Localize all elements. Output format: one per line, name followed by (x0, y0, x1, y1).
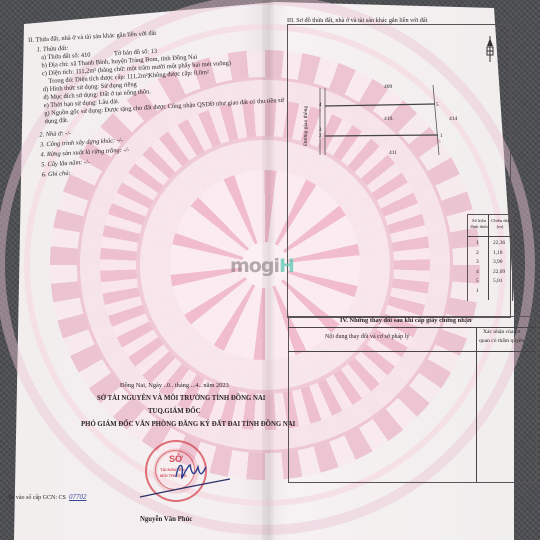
edge-vertex: 3 (476, 260, 479, 265)
edge-vertex: 5 (476, 279, 479, 284)
edge-length: 1,10 (493, 251, 502, 256)
section-iv-title: IV. Những thay đổi sau khi cấp giấy chứn… (340, 318, 472, 324)
parcel-409: 409 (384, 85, 392, 91)
edge-length: 22,09 (493, 270, 505, 275)
parcel-411: 411 (389, 151, 397, 157)
edge-length: 3,90 (493, 260, 502, 265)
vertex-4: 4 (319, 103, 322, 108)
vertex-2: 2 (319, 134, 322, 139)
edge-vertex: 1 (476, 289, 479, 294)
parcel-410: 410. (384, 117, 394, 123)
north-arrow-icon (483, 36, 497, 62)
road-label: Đường giao thông (304, 106, 310, 146)
vertex-3: 3 (319, 128, 322, 133)
vertex-5: 5 (436, 103, 439, 108)
edge-vertex: 2 (476, 251, 479, 256)
changes-col-confirm-2: quan có thẩm quyền (479, 339, 524, 345)
edge-vertex: 4 (476, 270, 479, 275)
changes-col-content: Nội dung thay đổi và cơ sở pháp lý (325, 334, 409, 340)
vertex-1: 1 (440, 134, 443, 139)
edge-length: 22,36 (493, 241, 505, 246)
mogi-watermark: mogiH (230, 255, 294, 277)
table-header-length: Chiều dài (m) (490, 218, 510, 229)
edge-vertex: 1 (476, 241, 479, 246)
table-header-vertex: Số hiệu đỉnh thửa (470, 218, 488, 229)
parcel-sketch (300, 80, 460, 160)
edge-length: 5,01 (493, 279, 502, 284)
changes-col-confirm-1: Xác nhận của cơ (483, 330, 520, 336)
parcel-414: 414 (449, 117, 457, 123)
